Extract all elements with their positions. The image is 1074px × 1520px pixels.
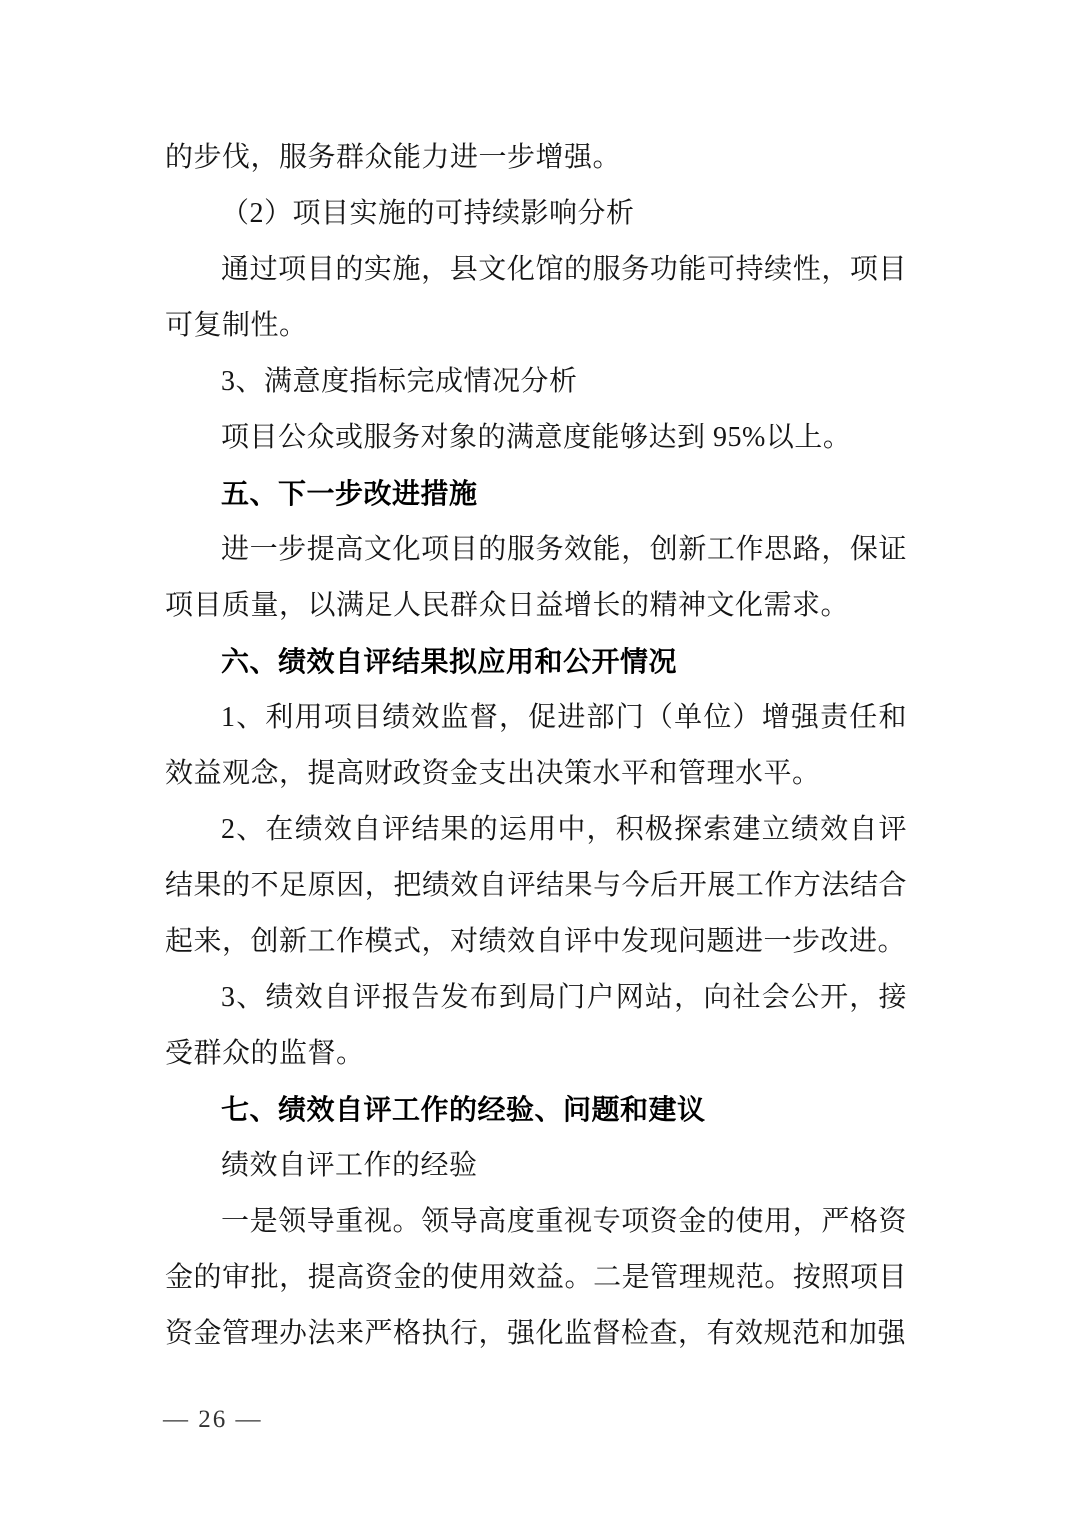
section-heading: 六、绩效自评结果拟应用和公开情况 [165, 634, 907, 690]
paragraph: 一是领导重视。领导高度重视专项资金的使用，严格资金的审批，提高资金的使用效益。二… [165, 1194, 907, 1362]
document-page: 的步伐，服务群众能力进一步增强。（2）项目实施的可持续影响分析通过项目的实施，县… [0, 0, 1074, 1520]
paragraph: 通过项目的实施，县文化馆的服务功能可持续性，项目可复制性。 [165, 242, 907, 354]
paragraph: 3、绩效自评报告发布到局门户网站，向社会公开，接受群众的监督。 [165, 970, 907, 1082]
paragraph: 1、利用项目绩效监督，促进部门（单位）增强责任和效益观念，提高财政资金支出决策水… [165, 690, 907, 802]
section-heading: 七、绩效自评工作的经验、问题和建议 [165, 1082, 907, 1138]
page-number: — 26 — [163, 1406, 263, 1433]
paragraph: 进一步提高文化项目的服务效能，创新工作思路，保证项目质量，以满足人民群众日益增长… [165, 522, 907, 634]
page-footer: — 26 — [163, 1400, 263, 1440]
paragraph: 绩效自评工作的经验 [165, 1138, 907, 1194]
section-heading: 五、下一步改进措施 [165, 466, 907, 522]
document-body: 的步伐，服务群众能力进一步增强。（2）项目实施的可持续影响分析通过项目的实施，县… [165, 130, 907, 1362]
paragraph: 2、在绩效自评结果的运用中，积极探索建立绩效自评结果的不足原因，把绩效自评结果与… [165, 802, 907, 970]
paragraph: （2）项目实施的可持续影响分析 [165, 186, 907, 242]
paragraph: 项目公众或服务对象的满意度能够达到 95%以上。 [165, 410, 907, 466]
paragraph: 3、满意度指标完成情况分析 [165, 354, 907, 410]
paragraph: 的步伐，服务群众能力进一步增强。 [165, 130, 907, 186]
